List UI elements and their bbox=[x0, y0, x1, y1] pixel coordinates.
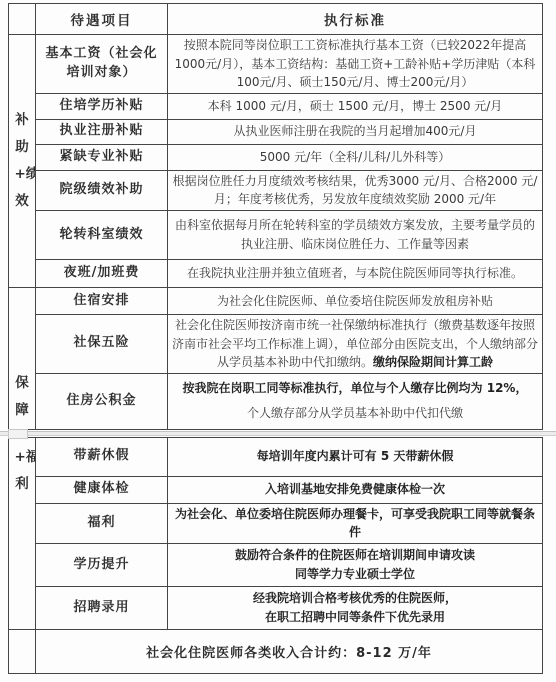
row-health-checkup: 健康体检 入培训基地安排免费健康体检一次 bbox=[9, 476, 543, 503]
item-registration-subsidy: 执业注册补贴 bbox=[36, 119, 168, 144]
item-housing-fund: 住房公积金 bbox=[36, 373, 168, 429]
page-break-divider bbox=[0, 431, 556, 436]
row-accommodation: 保障 住宿安排 为社会化住院医师、单位委培住院医师发放租房补贴 bbox=[9, 287, 543, 314]
item-paid-leave: 带薪休假 bbox=[36, 437, 168, 476]
standard-health-checkup: 入培训基地安排免费健康体检一次 bbox=[168, 476, 543, 503]
row-basic-salary: 补助+绩效 基本工资（社会化培训对象） 按照本院同等岗位职工工资标准执行基本工资… bbox=[9, 35, 543, 94]
row-night-shift-pay: 夜班/加班费 在我院执业注册并独立值班者，与本院住院医师同等执行标准。 bbox=[9, 259, 543, 287]
standard-hospital-performance: 根据岗位胜任力月度绩效考核结果，优秀3000 元/月、合格2000 元/月；年度… bbox=[168, 170, 543, 210]
standard-housing-fund: 按我院在岗职工同等标准执行，单位与个人缴存比例均为 12%，个人缴存部分从学员基… bbox=[168, 373, 543, 429]
group-label-text: 补助+绩效 bbox=[15, 107, 30, 215]
row-registration-subsidy: 执业注册补贴 从执业医师注册在我院的当月起增加400元/月 bbox=[9, 119, 543, 144]
standard-recruitment: 经我院培训合格考核优秀的住院医师，在职工招聘中同等条件下优先录用 bbox=[168, 586, 543, 629]
standard-shortage-specialty-subsidy: 5000 元/年（全科/儿科/儿外科等） bbox=[168, 144, 543, 170]
item-degree-advancement: 学历提升 bbox=[36, 543, 168, 586]
header-row: 待遇项目 执行标准 bbox=[9, 4, 543, 35]
standard-night-shift-pay: 在我院执业注册并独立值班者，与本院住院医师同等执行标准。 bbox=[168, 259, 543, 287]
row-shortage-specialty-subsidy: 紧缺专业补贴 5000 元/年（全科/儿科/儿外科等） bbox=[9, 144, 543, 170]
item-social-insurance: 社保五险 bbox=[36, 314, 168, 373]
item-recruitment: 招聘录用 bbox=[36, 586, 168, 629]
row-degree-advancement: 学历提升 鼓励符合条件的住院医师在培训期间申请攻读同等学力专业硕士学位 bbox=[9, 543, 543, 586]
group-label-welfare: +福利 bbox=[9, 437, 36, 629]
item-degree-subsidy: 住培学历补贴 bbox=[36, 93, 168, 119]
row-degree-subsidy: 住培学历补贴 本科 1000 元/月，硕士 1500 元/月，博士 2500 元… bbox=[9, 93, 543, 119]
footer-empty-cell bbox=[9, 629, 36, 673]
header-treatment-item: 待遇项目 bbox=[36, 4, 168, 35]
item-rotation-performance: 轮转科室绩效 bbox=[36, 210, 168, 259]
item-shortage-specialty-subsidy: 紧缺专业补贴 bbox=[36, 144, 168, 170]
group-label-text: +福利 bbox=[15, 444, 30, 498]
row-hospital-performance: 院级绩效补助 根据岗位胜任力月度绩效考核结果，优秀3000 元/月、合格2000… bbox=[9, 170, 543, 210]
header-execution-standard: 执行标准 bbox=[168, 4, 543, 35]
standard-accommodation: 为社会化住院医师、单位委培住院医师发放租房补贴 bbox=[168, 287, 543, 314]
standard-social-insurance: 社会化住院医师按济南市统一社保缴纳标准执行（缴费基数逐年按照济南市社会平均工作标… bbox=[168, 314, 543, 373]
row-social-insurance: 社保五险 社会化住院医师按济南市统一社保缴纳标准执行（缴费基数逐年按照济南市社会… bbox=[9, 314, 543, 373]
item-accommodation: 住宿安排 bbox=[36, 287, 168, 314]
document-page: 待遇项目 执行标准 补助+绩效 基本工资（社会化培训对象） 按照本院同等岗位职工… bbox=[0, 0, 556, 682]
standard-degree-subsidy: 本科 1000 元/月，硕士 1500 元/月，博士 2500 元/月 bbox=[168, 93, 543, 119]
row-welfare: 福利 为社会化、单位委培住院医师办理餐卡，可享受我院职工同等就餐条件 bbox=[9, 503, 543, 543]
standard-rotation-performance: 由科室依据每月所在轮转科室的学员绩效方案发放，主要考量学员的执业注册、临床岗位胜… bbox=[168, 210, 543, 259]
group-label-subsidy-performance: 补助+绩效 bbox=[9, 35, 36, 288]
item-welfare: 福利 bbox=[36, 503, 168, 543]
item-health-checkup: 健康体检 bbox=[36, 476, 168, 503]
item-night-shift-pay: 夜班/加班费 bbox=[36, 259, 168, 287]
group-label-text: 保障 bbox=[15, 370, 30, 424]
standard-degree-advancement: 鼓励符合条件的住院医师在培训期间申请攻读同等学力专业硕士学位 bbox=[168, 543, 543, 586]
group-label-security: 保障 bbox=[9, 287, 36, 429]
total-income-summary: 社会化住院医师各类收入合计约：8-12 万/年 bbox=[36, 629, 543, 673]
row-housing-fund: 住房公积金 按我院在岗职工同等标准执行，单位与个人缴存比例均为 12%，个人缴存… bbox=[9, 373, 543, 429]
corner-cell bbox=[9, 4, 36, 35]
row-recruitment: 招聘录用 经我院培训合格考核优秀的住院医师，在职工招聘中同等条件下优先录用 bbox=[9, 586, 543, 629]
standard-registration-subsidy: 从执业医师注册在我院的当月起增加400元/月 bbox=[168, 119, 543, 144]
row-rotation-performance: 轮转科室绩效 由科室依据每月所在轮转科室的学员绩效方案发放，主要考量学员的执业注… bbox=[9, 210, 543, 259]
item-hospital-performance: 院级绩效补助 bbox=[36, 170, 168, 210]
benefits-table-part1: 待遇项目 执行标准 补助+绩效 基本工资（社会化培训对象） 按照本院同等岗位职工… bbox=[8, 3, 543, 430]
row-paid-leave: +福利 带薪休假 每培训年度内累计可有 5 天带薪休假 bbox=[9, 437, 543, 476]
standard-welfare: 为社会化、单位委培住院医师办理餐卡，可享受我院职工同等就餐条件 bbox=[168, 503, 543, 543]
standard-basic-salary: 按照本院同等岗位职工工资标准执行基本工资（已较2022年提高1000元/月），基… bbox=[168, 35, 543, 94]
footer-row: 社会化住院医师各类收入合计约：8-12 万/年 bbox=[9, 629, 543, 673]
standard-paid-leave: 每培训年度内累计可有 5 天带薪休假 bbox=[168, 437, 543, 476]
item-basic-salary: 基本工资（社会化培训对象） bbox=[36, 35, 168, 94]
benefits-table-part2: +福利 带薪休假 每培训年度内累计可有 5 天带薪休假 健康体检 入培训基地安排… bbox=[8, 437, 543, 674]
